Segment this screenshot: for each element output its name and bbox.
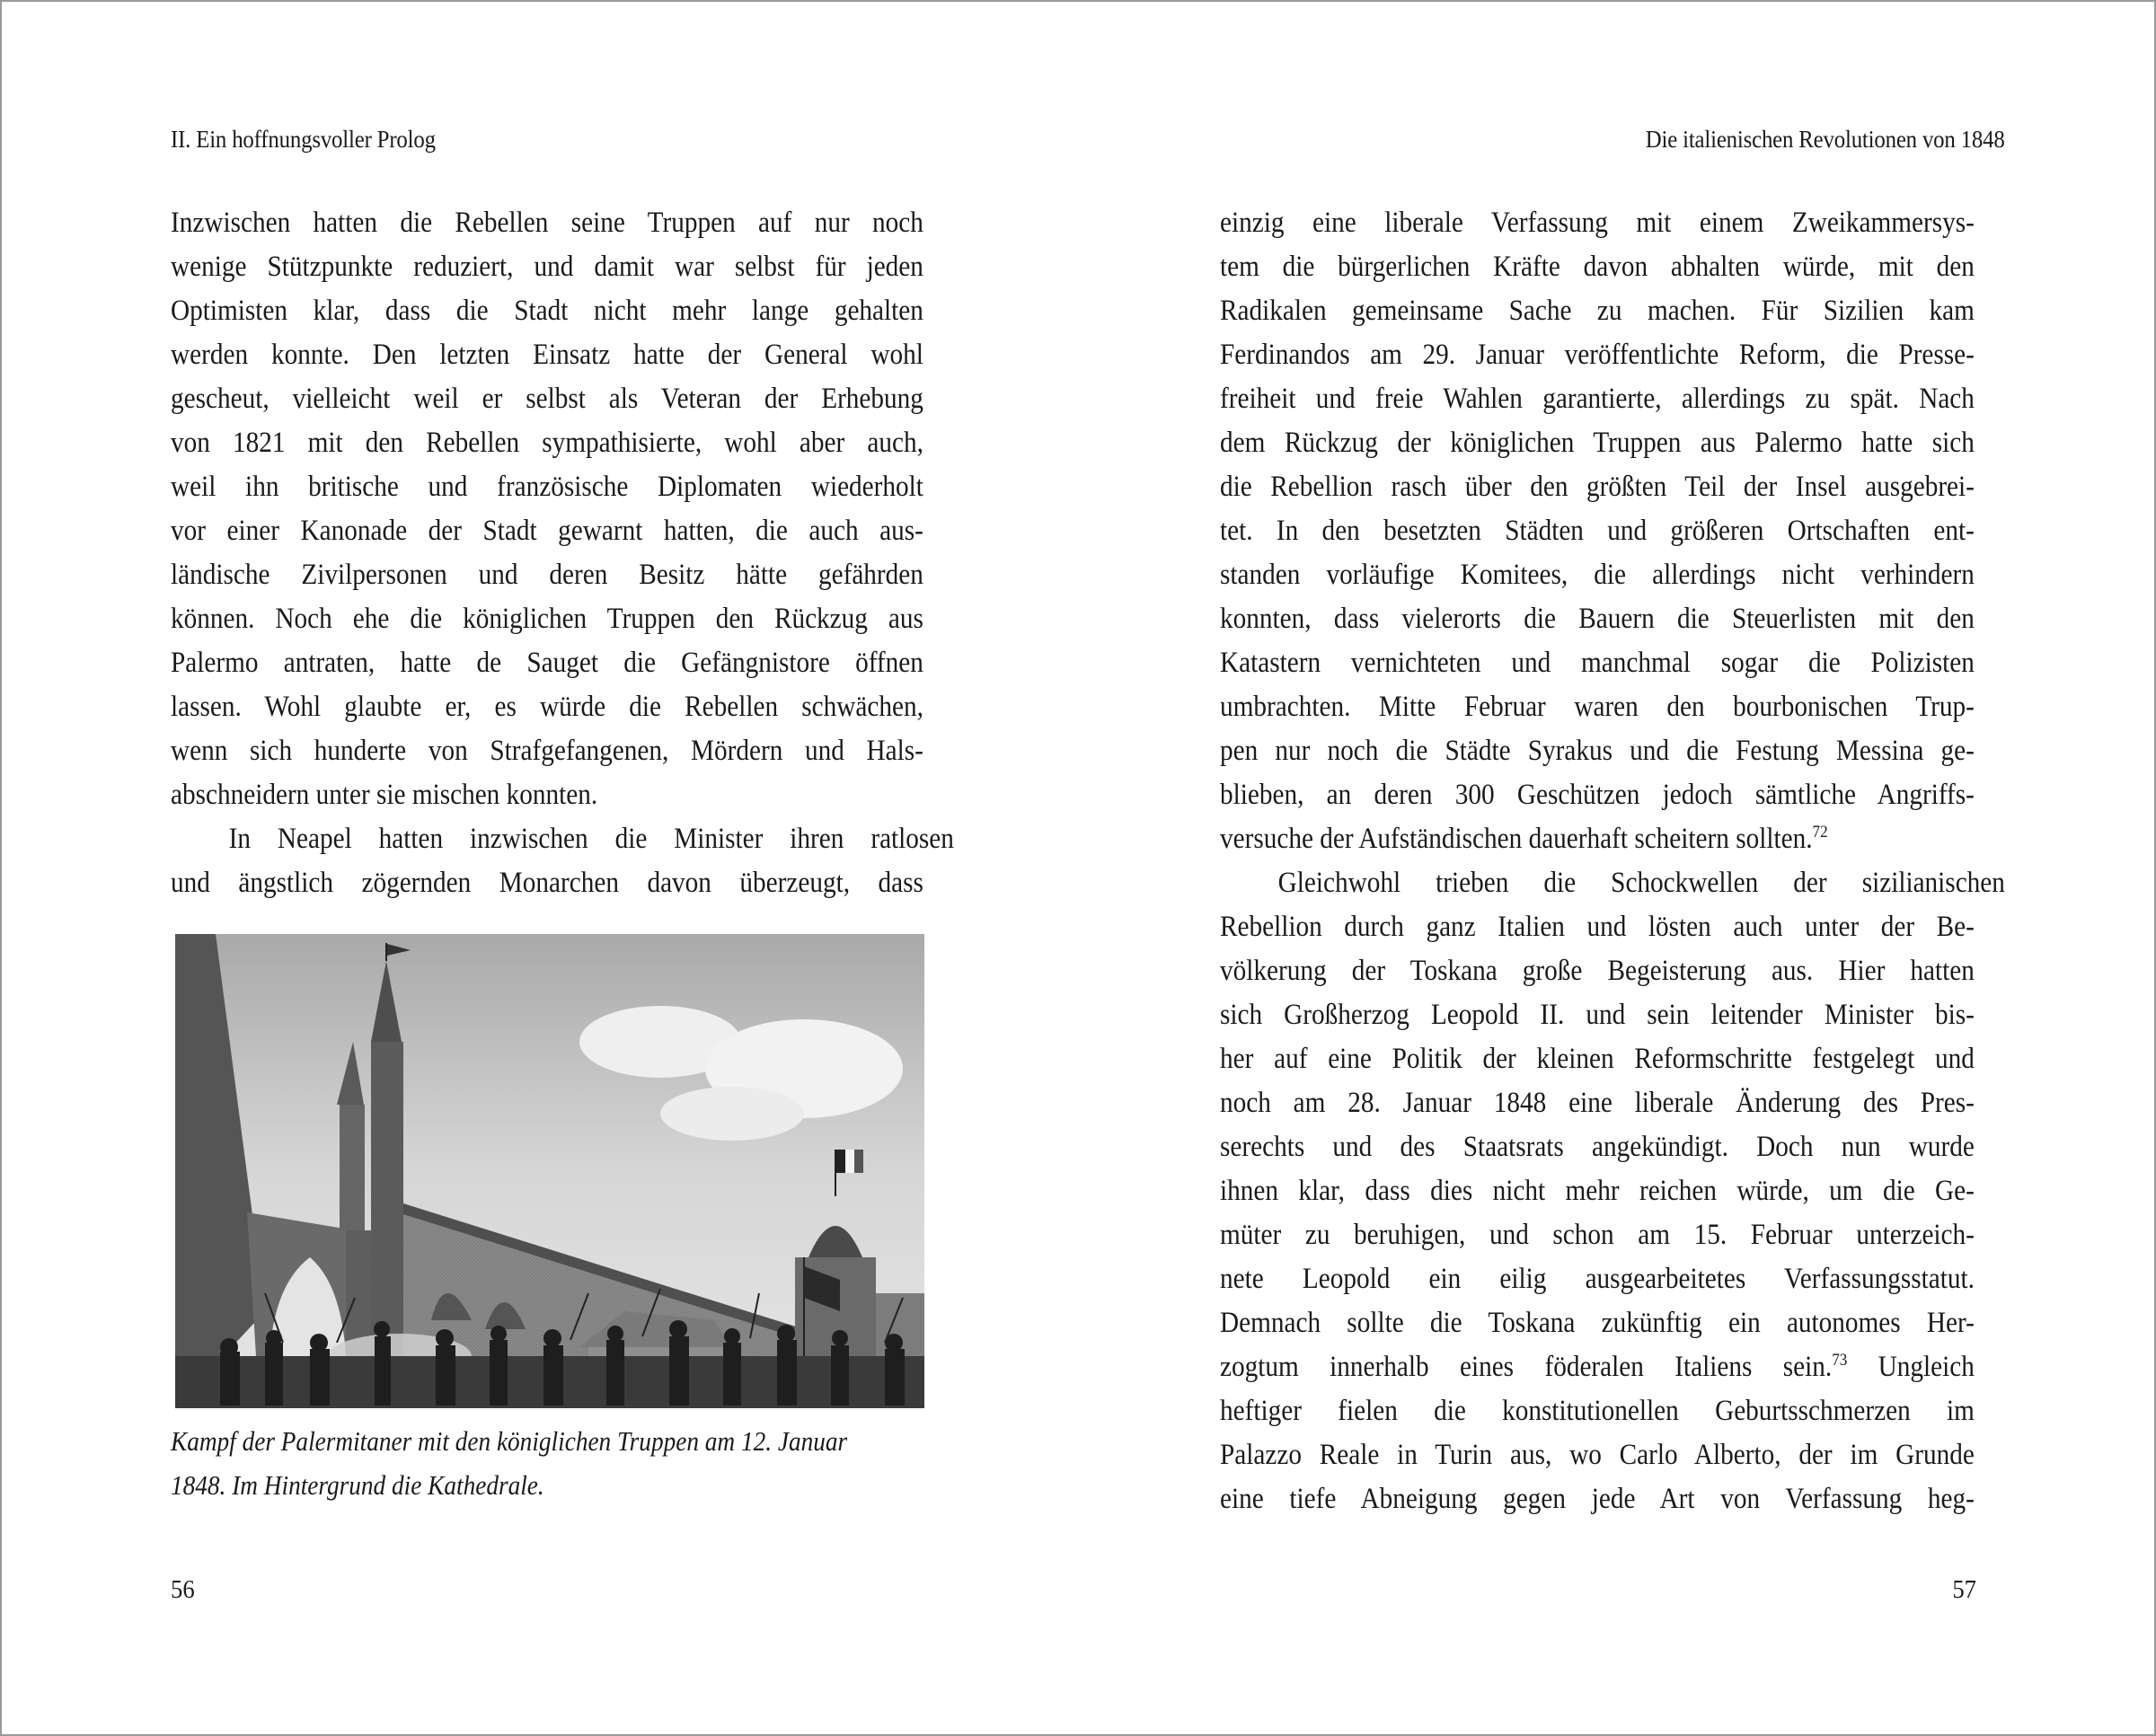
- text-line: gescheut, vielleicht weil er selbst als …: [171, 377, 923, 421]
- text-line: abschneidern unter sie mischen konnten.: [171, 773, 923, 817]
- text-line: ländische Zivilpersonen und deren Besitz…: [171, 553, 923, 597]
- paragraph-start-line: Gleichwohl trieben die Schockwellen der …: [1220, 861, 1975, 905]
- engraving-illustration: [175, 934, 924, 1408]
- text-line: umbrachten. Mitte Februar waren den bour…: [1220, 685, 1975, 729]
- text-line: die Rebellion rasch über den größten Tei…: [1220, 465, 1975, 509]
- text-line: Optimisten klar, dass die Stadt nicht me…: [171, 289, 923, 333]
- text-line: heftiger fielen die konstitutionellen Ge…: [1220, 1389, 1975, 1433]
- running-head-left: II. Ein hoffnungsvoller Prolog: [171, 126, 436, 154]
- text-line: Palazzo Reale in Turin aus, wo Carlo Alb…: [1220, 1433, 1975, 1477]
- figure-caption: Kampf der Palermitaner mit den königlich…: [171, 1419, 943, 1507]
- footnote-marker-72[interactable]: 72: [1813, 823, 1828, 842]
- text-line: Ferdinandos am 29. Januar veröffentlicht…: [1220, 333, 1975, 377]
- text-line: versuche der Aufständischen dauerhaft sc…: [1220, 817, 1975, 861]
- text-line: einzig eine liberale Verfassung mit eine…: [1220, 201, 1975, 245]
- text-line: zogtum innerhalb eines föderalen Italien…: [1220, 1345, 1975, 1389]
- text-line: noch am 28. Januar 1848 eine liberale Än…: [1220, 1081, 1975, 1125]
- text-line: standen vorläufige Komitees, die allerdi…: [1220, 553, 1975, 597]
- book-spread: II. Ein hoffnungsvoller Prolog Inzwische…: [0, 0, 2156, 1736]
- text-line: her auf eine Politik der kleinen Reforms…: [1220, 1037, 1975, 1081]
- text-line: weil ihn britische und französische Dipl…: [171, 465, 923, 509]
- text-line: konnten, dass vielerorts die Bauern die …: [1220, 597, 1975, 641]
- text-line: dem Rückzug der königlichen Truppen aus …: [1220, 421, 1975, 465]
- text-line: Radikalen gemeinsame Sache zu machen. Fü…: [1220, 289, 1975, 333]
- text-line: vor einer Kanonade der Stadt gewarnt hat…: [171, 509, 923, 553]
- text-line: Palermo antraten, hatte de Sauget die Ge…: [171, 641, 923, 685]
- text-line: tem die bürgerlichen Kräfte davon abhalt…: [1220, 245, 1975, 289]
- footnote-marker-73[interactable]: 73: [1832, 1351, 1847, 1370]
- text-line: Rebellion durch ganz Italien und lösten …: [1220, 905, 1975, 949]
- text-line: wenn sich hunderte von Strafgefangenen, …: [171, 729, 923, 773]
- text-line: Katastern vernichteten und manchmal soga…: [1220, 641, 1975, 685]
- text-line: sich Großherzog Leopold II. und sein lei…: [1220, 993, 1975, 1037]
- caption-line: 1848. Im Hintergrund die Kathedrale.: [171, 1463, 851, 1507]
- text-line: ihnen klar, dass dies nicht mehr reichen…: [1220, 1169, 1975, 1213]
- text-line: werden konnte. Den letzten Einsatz hatte…: [171, 333, 923, 377]
- page-number-right: 57: [1952, 1575, 1976, 1605]
- text-line: lassen. Wohl glaubte er, es würde die Re…: [171, 685, 923, 729]
- text-line: blieben, an deren 300 Geschützen jedoch …: [1220, 773, 1975, 817]
- palermo-cathedral-battle-image: [175, 934, 924, 1408]
- text-line: tet. In den besetzten Städten und größer…: [1220, 509, 1975, 553]
- left-body-text: Inzwischen hatten die Rebellen seine Tru…: [171, 201, 923, 905]
- text-line: wenige Stützpunkte reduziert, und damit …: [171, 245, 923, 289]
- text-line: können. Noch ehe die königlichen Truppen…: [171, 597, 923, 641]
- running-head-right: Die italienischen Revolutionen von 1848: [1646, 126, 2005, 154]
- text-line: Demnach sollte die Toskana zukünftig ein…: [1220, 1301, 1975, 1345]
- text-line: freiheit und freie Wahlen garantierte, a…: [1220, 377, 1975, 421]
- text-line: serechts und des Staatsrats angekündigt.…: [1220, 1125, 1975, 1169]
- left-page: II. Ein hoffnungsvoller Prolog Inzwische…: [2, 2, 1080, 1736]
- text-line: nete Leopold ein eilig ausgearbeitetes V…: [1220, 1257, 1975, 1301]
- caption-line: Kampf der Palermitaner mit den königlich…: [171, 1419, 851, 1463]
- text-line: von 1821 mit den Rebellen sympathisierte…: [171, 421, 923, 465]
- paragraph-start-line: In Neapel hatten inzwischen die Minister…: [171, 817, 923, 861]
- text-line: Inzwischen hatten die Rebellen seine Tru…: [171, 201, 923, 245]
- right-body-text: einzig eine liberale Verfassung mit eine…: [1220, 201, 1975, 1521]
- right-page: Die italienischen Revolutionen von 1848 …: [1080, 2, 2156, 1736]
- text-line: eine tiefe Abneigung gegen jede Art von …: [1220, 1477, 1975, 1521]
- text-line: pen nur noch die Städte Syrakus und die …: [1220, 729, 1975, 773]
- text-line: und ängstlich zögernden Monarchen davon …: [171, 861, 923, 905]
- page-number-left: 56: [171, 1575, 195, 1605]
- text-line: müter zu beruhigen, und schon am 15. Feb…: [1220, 1213, 1975, 1257]
- text-line: völkerung der Toskana große Begeisterung…: [1220, 949, 1975, 993]
